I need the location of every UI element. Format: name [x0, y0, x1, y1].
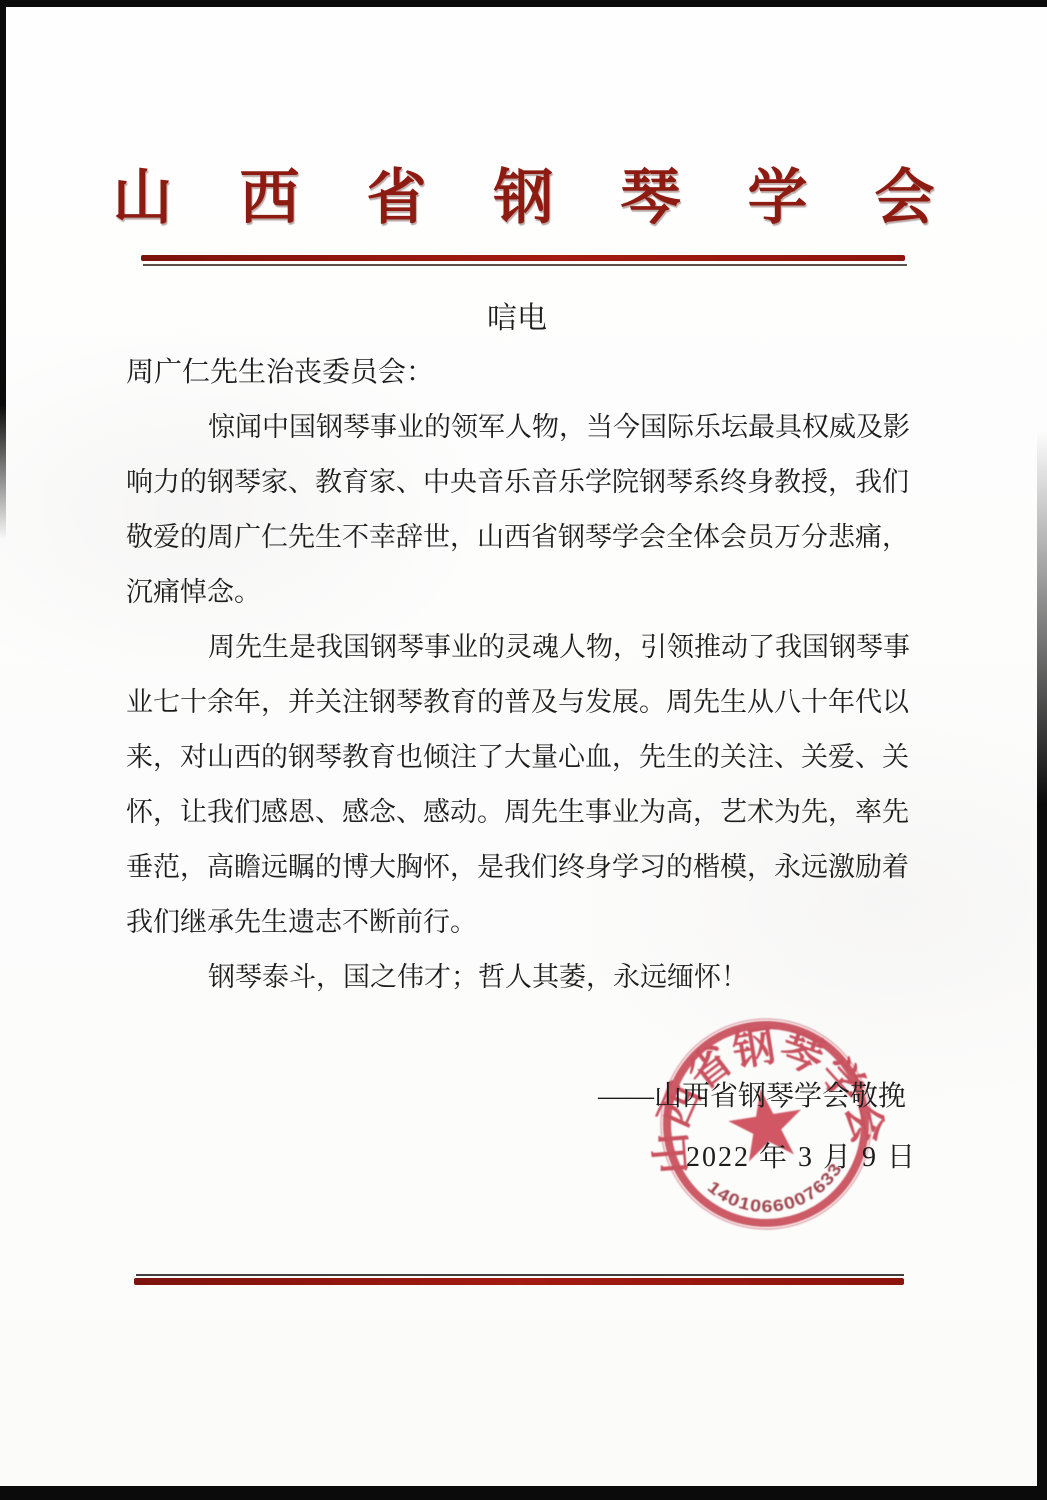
document-title: 唁电: [126, 298, 908, 340]
scanned-letter-photo: 山 西 省 钢 琴 学 会 唁电 周广仁先生治丧委员会： 惊闻中国钢琴事业的领军…: [0, 0, 1047, 1500]
footer-rule-red: [134, 1278, 904, 1285]
photo-edge-bottom: [0, 1486, 1047, 1500]
body-line: 惊闻中国钢琴事业的领军人物，当今国际乐坛最具权威及影: [126, 400, 916, 455]
body-line: 周先生是我国钢琴事业的灵魂人物，引领推动了我国钢琴事: [126, 620, 916, 675]
paragraph-2: 周先生是我国钢琴事业的灵魂人物，引领推动了我国钢琴事 业七十余年，并关注钢琴教育…: [126, 620, 916, 950]
signature-line: ——山西省钢琴学会敬挽: [126, 1072, 906, 1122]
body-line: 我们继承先生遗志不断前行。: [126, 895, 916, 950]
paragraph-3: 钢琴泰斗，国之伟才；哲人其萎，永远缅怀！: [126, 950, 916, 1005]
letterhead-org-title: 山 西 省 钢 琴 学 会: [0, 150, 1047, 236]
body-line: 沉痛悼念。: [126, 565, 916, 620]
body-line: 业七十余年，并关注钢琴教育的普及与发展。周先生从八十年代以: [126, 675, 916, 730]
paragraph-1: 惊闻中国钢琴事业的领军人物，当今国际乐坛最具权威及影 响力的钢琴家、教育家、中央…: [126, 400, 916, 620]
body-line: 敬爱的周广仁先生不幸辞世，山西省钢琴学会全体会员万分悲痛，: [126, 510, 916, 565]
official-seal: 山西省钢琴学会 1401066007633 ★: [631, 989, 901, 1259]
photo-edge-right: [1037, 430, 1047, 1500]
photo-edge-left: [0, 0, 6, 540]
body-line: 响力的钢琴家、教育家、中央音乐音乐学院钢琴系终身教授，我们: [126, 455, 916, 510]
body-line: 钢琴泰斗，国之伟才；哲人其萎，永远缅怀！: [126, 950, 916, 1005]
photo-edge-top: [0, 0, 1047, 7]
date-line: 2022 年 3 月 9 日: [686, 1136, 917, 1180]
body-line: 垂范，高瞻远瞩的博大胸怀，是我们终身学习的楷模，永远激励着: [126, 840, 916, 895]
footer-rule-dark: [136, 1274, 904, 1276]
body-line: 怀，让我们感恩、感念、感动。周先生事业为高，艺术为先，率先: [126, 785, 916, 840]
salutation: 周广仁先生治丧委员会：: [126, 352, 434, 394]
letterhead-rule-red: [141, 255, 905, 261]
letterhead-rule-dark: [143, 264, 907, 266]
body-line: 来，对山西的钢琴教育也倾注了大量心血，先生的关注、关爱、关: [126, 730, 916, 785]
